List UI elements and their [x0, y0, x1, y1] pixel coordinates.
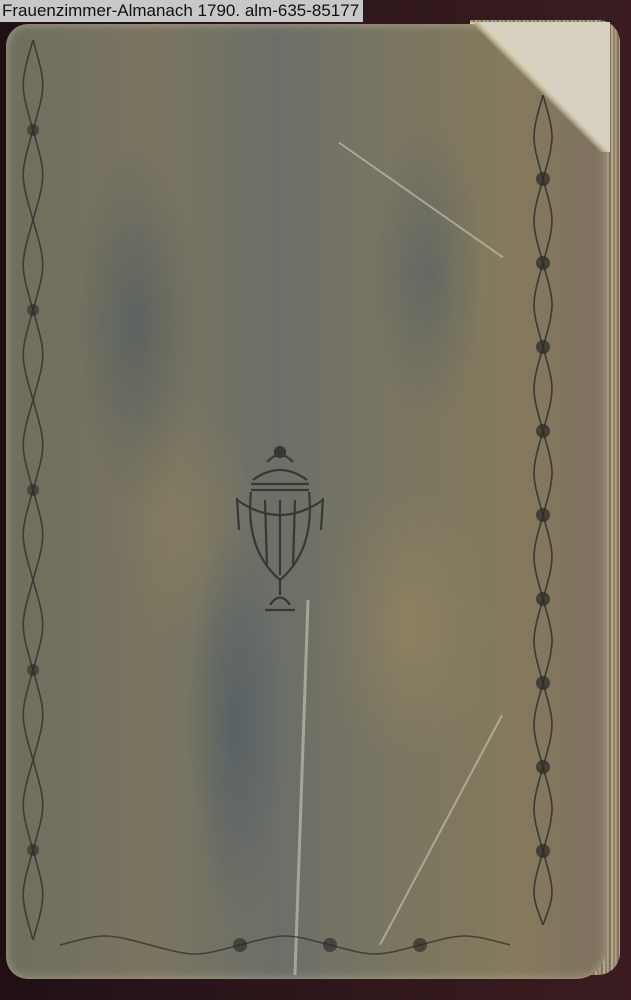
- right-chain-border-ornament: [528, 95, 558, 925]
- left-chain-border-ornament: [18, 40, 48, 940]
- urn-vignette-icon: [225, 440, 335, 625]
- image-caption: Frauenzimmer-Almanach 1790. alm-635-8517…: [0, 0, 363, 22]
- bottom-chain-border-ornament: [60, 930, 510, 960]
